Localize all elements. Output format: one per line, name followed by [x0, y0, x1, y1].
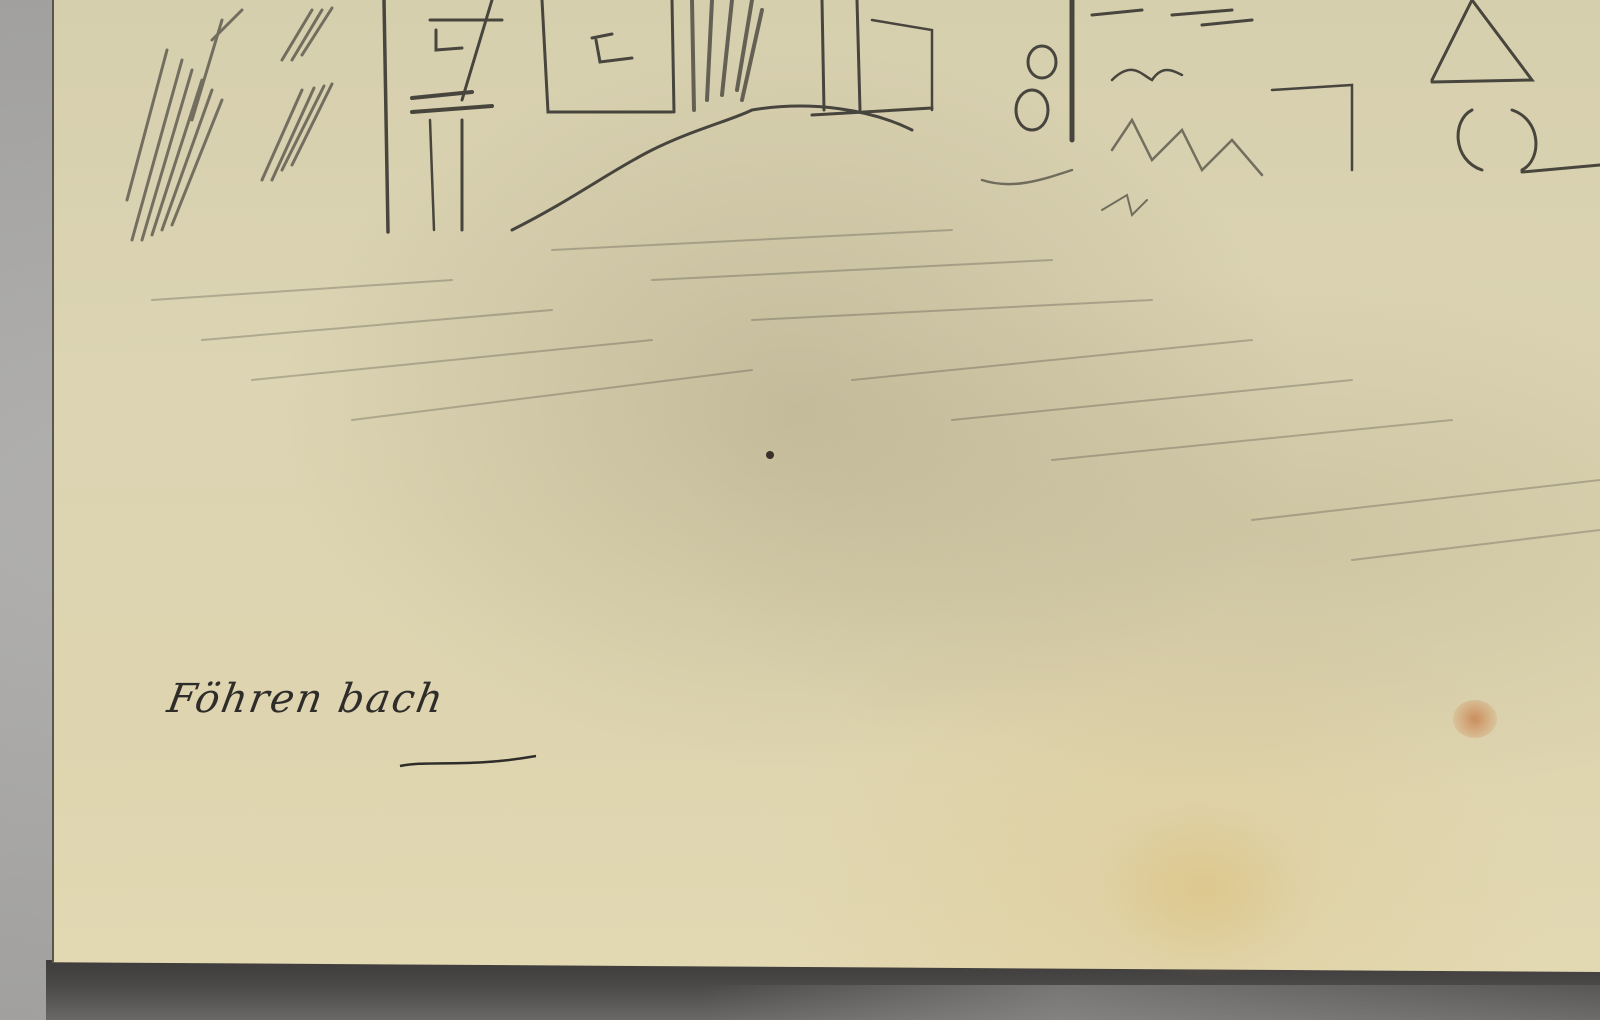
paper-left-edge	[52, 0, 54, 962]
handwritten-inscription: Föhren bach	[164, 676, 448, 722]
rust-stain	[1453, 700, 1497, 738]
shadow-gradient	[700, 985, 1600, 1020]
ink-dot	[766, 451, 774, 459]
foxing-stain	[1090, 800, 1320, 980]
photo-scene: Föhren bach	[0, 0, 1600, 1020]
drawing-paper	[52, 0, 1600, 972]
inscription-underline	[398, 752, 538, 772]
